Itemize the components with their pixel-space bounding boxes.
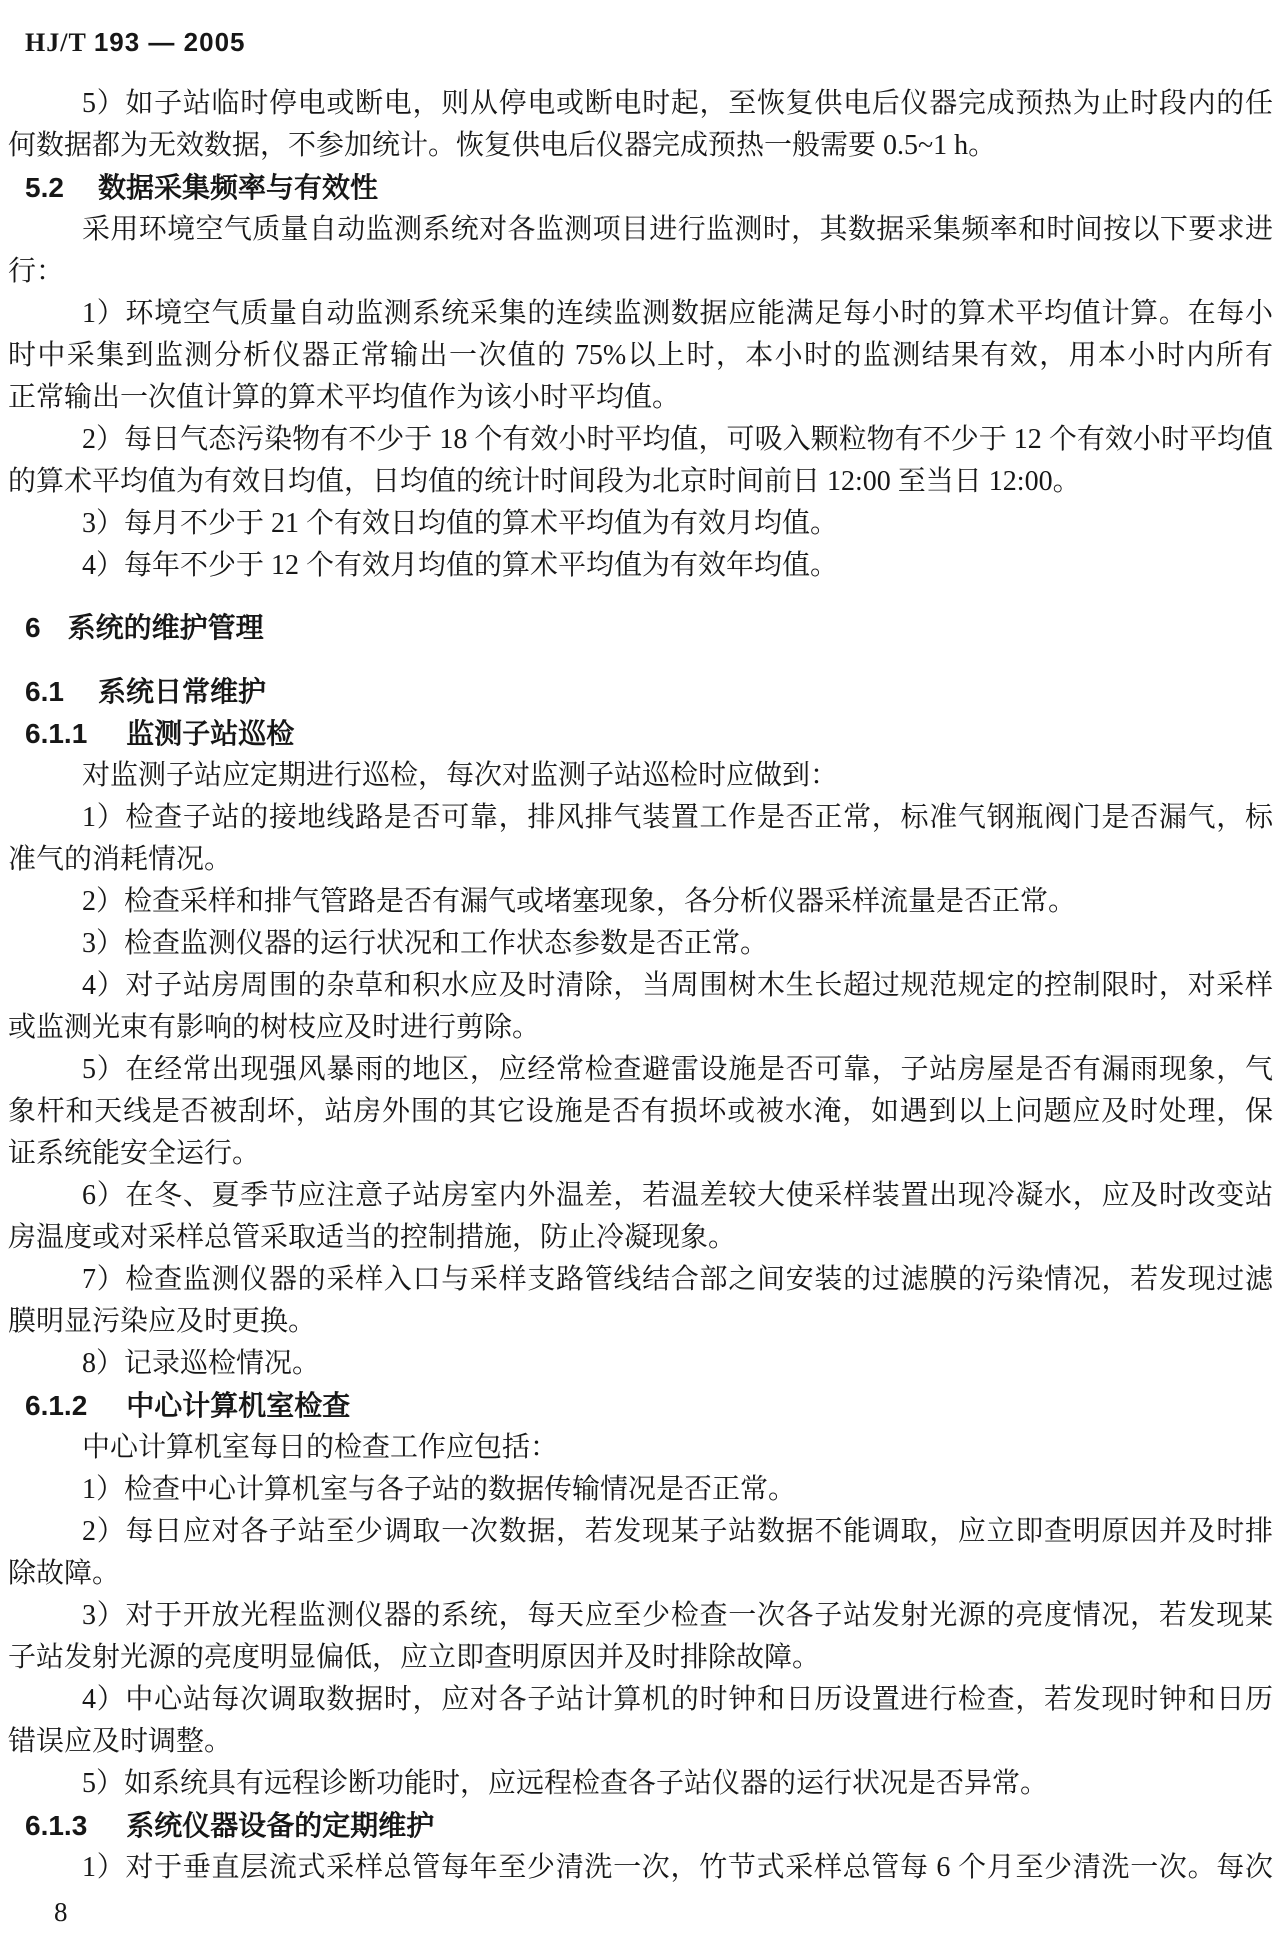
heading-number: 6.1	[25, 671, 64, 713]
heading-number: 5.2	[25, 167, 64, 209]
paragraph-line: 4）中心站每次调取数据时，应对各子站计算机的时钟和日历设置进行检查，若发现时钟和…	[8, 1679, 1273, 1721]
paragraph-line: 3）对于开放光程监测仪器的系统，每天应至少检查一次各子站发射光源的亮度情况，若发…	[8, 1595, 1273, 1637]
paragraph-line: 3）每月不少于 21 个有效日均值的算术平均值为有效月均值。	[8, 503, 1273, 545]
heading-number: 6.1.2	[25, 1385, 87, 1427]
heading-6-1: 6.1系统日常维护	[8, 671, 1273, 713]
paragraph-line: 2）每日应对各子站至少调取一次数据，若发现某子站数据不能调取，应立即查明原因并及…	[8, 1511, 1273, 1553]
paragraph-line: 5）如子站临时停电或断电，则从停电或断电时起，至恢复供电后仪器完成预热为止时段内…	[8, 83, 1273, 125]
heading-5-2: 5.2数据采集频率与有效性	[8, 167, 1273, 209]
paragraph-line: 4）每年不少于 12 个有效月均值的算术平均值为有效年均值。	[8, 545, 1273, 587]
paragraph-line: 6）在冬、夏季节应注意子站房室内外温差，若温差较大使采样装置出现冷凝水，应及时改…	[8, 1175, 1273, 1217]
paragraph-line: 3）检查监测仪器的运行状况和工作状态参数是否正常。	[8, 923, 1273, 965]
paragraph-line: 2）每日气态污染物有不少于 18 个有效小时平均值，可吸入颗粒物有不少于 12 …	[8, 419, 1273, 461]
paragraph-line: 膜明显污染应及时更换。	[8, 1301, 1273, 1343]
page-number: 8	[54, 1897, 68, 1928]
paragraph-line: 1）对于垂直层流式采样总管每年至少清洗一次，竹节式采样总管每 6 个月至少清洗一…	[8, 1847, 1273, 1889]
paragraph-line: 2）检查采样和排气管路是否有漏气或堵塞现象，各分析仪器采样流量是否正常。	[8, 881, 1273, 923]
paragraph-line: 错误应及时调整。	[8, 1721, 1273, 1763]
paragraph-line: 正常输出一次值计算的算术平均值作为该小时平均值。	[8, 377, 1273, 419]
paragraph-line: 准气的消耗情况。	[8, 839, 1273, 881]
paragraph-line: 的算术平均值为有效日均值，日均值的统计时间段为北京时间前日 12:00 至当日 …	[8, 461, 1273, 503]
paragraph-line: 5）在经常出现强风暴雨的地区，应经常检查避雷设施是否可靠，子站房屋是否有漏雨现象…	[8, 1049, 1273, 1091]
paragraph-line: 子站发射光源的亮度明显偏低，应立即查明原因并及时排除故障。	[8, 1637, 1273, 1679]
heading-number: 6.1.3	[25, 1805, 87, 1847]
heading-number: 6	[25, 607, 41, 649]
heading-6-1-1: 6.1.1监测子站巡检	[8, 713, 1273, 755]
paragraph-line: 8）记录巡检情况。	[8, 1343, 1273, 1385]
paragraph-line: 中心计算机室每日的检查工作应包括：	[8, 1427, 1273, 1469]
paragraph-line: 4）对子站房周围的杂草和积水应及时清除，当周围树木生长超过规范规定的控制限时，对…	[8, 965, 1273, 1007]
heading-title: 数据采集频率与有效性	[98, 172, 378, 203]
paragraph-line: 7）检查监测仪器的采样入口与采样支路管线结合部之间安装的过滤膜的污染情况，若发现…	[8, 1259, 1273, 1301]
paragraph-line: 象杆和天线是否被刮坏，站房外围的其它设施是否有损坏或被水淹，如遇到以上问题应及时…	[8, 1091, 1273, 1133]
heading-6: 6系统的维护管理	[8, 607, 1273, 649]
paragraph-line: 证系统能安全运行。	[8, 1133, 1273, 1175]
paragraph-line: 对监测子站应定期进行巡检，每次对监测子站巡检时应做到：	[8, 755, 1273, 797]
paragraph-line: 除故障。	[8, 1553, 1273, 1595]
paragraph-line: 1）环境空气质量自动监测系统采集的连续监测数据应能满足每小时的算术平均值计算。在…	[8, 293, 1273, 335]
paragraph-line: 1）检查中心计算机室与各子站的数据传输情况是否正常。	[8, 1469, 1273, 1511]
paragraph-line: 房温度或对采样总管采取适当的控制措施，防止冷凝现象。	[8, 1217, 1273, 1259]
heading-title: 监测子站巡检	[126, 718, 294, 749]
paragraph-line: 采用环境空气质量自动监测系统对各监测项目进行监测时，其数据采集频率和时间按以下要…	[8, 209, 1273, 251]
heading-6-1-2: 6.1.2中心计算机室检查	[8, 1385, 1273, 1427]
paragraph-line: 时中采集到监测分析仪器正常输出一次值的 75%以上时，本小时的监测结果有效，用本…	[8, 335, 1273, 377]
paragraph-line: 行：	[8, 251, 1273, 293]
paragraph-line: 5）如系统具有远程诊断功能时，应远程检查各子站仪器的运行状况是否异常。	[8, 1763, 1273, 1805]
paragraph-line: 或监测光束有影响的树枝应及时进行剪除。	[8, 1007, 1273, 1049]
heading-title: 系统的维护管理	[68, 612, 264, 643]
paragraph-line: 何数据都为无效数据，不参加统计。恢复供电后仪器完成预热一般需要 0.5~1 h。	[8, 125, 1273, 167]
paragraph-line: 1）检查子站的接地线路是否可靠，排风排气装置工作是否正常，标准气钢瓶阀门是否漏气…	[8, 797, 1273, 839]
heading-number: 6.1.1	[25, 713, 87, 755]
document-body: 5）如子站临时停电或断电，则从停电或断电时起，至恢复供电后仪器完成预热为止时段内…	[0, 0, 1273, 1889]
heading-title: 系统日常维护	[98, 676, 266, 707]
heading-6-1-3: 6.1.3系统仪器设备的定期维护	[8, 1805, 1273, 1847]
heading-title: 中心计算机室检查	[126, 1390, 350, 1421]
heading-title: 系统仪器设备的定期维护	[126, 1810, 434, 1841]
